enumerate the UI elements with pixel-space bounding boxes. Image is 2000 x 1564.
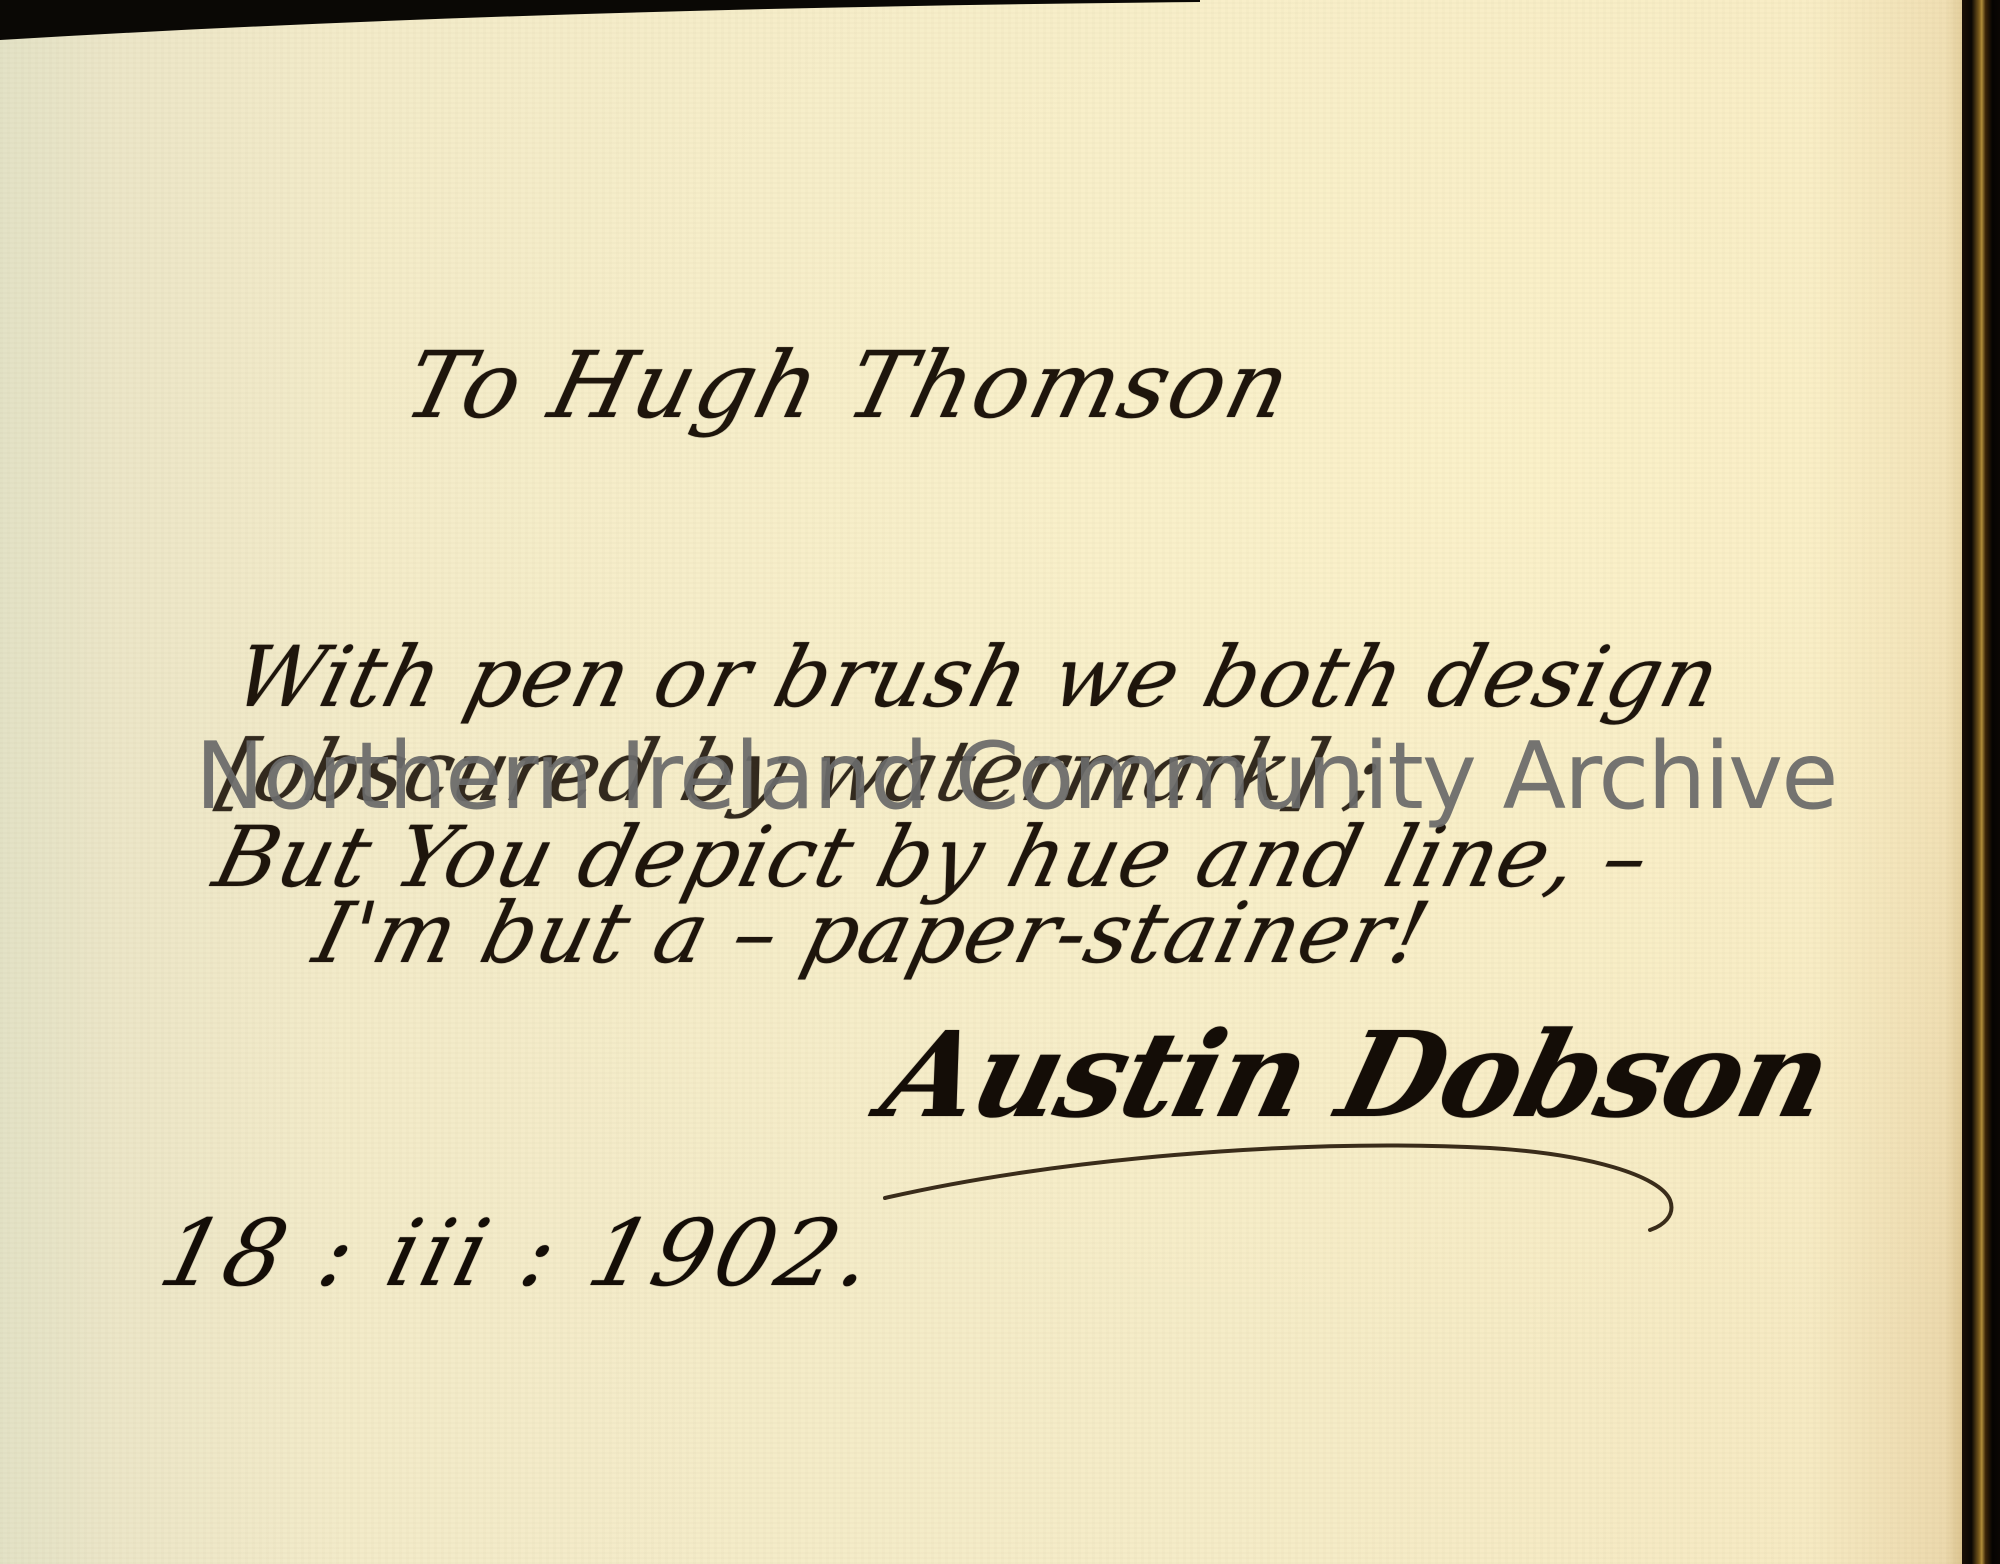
verse-line-1: With pen or brush we both design bbox=[225, 628, 1730, 726]
watermark: Northern Ireland Community Archive bbox=[195, 722, 1836, 830]
date: 18 : iii : 1902. bbox=[150, 1200, 888, 1307]
dedication-line: To Hugh Thomson bbox=[395, 332, 1303, 439]
verse-line-4: I'm but a – paper-stainer! bbox=[305, 884, 1439, 982]
signature-underline-swash bbox=[870, 1130, 1690, 1240]
signature: Austin Dobson bbox=[870, 1005, 1843, 1144]
book-binding-edge bbox=[1962, 0, 2000, 1564]
